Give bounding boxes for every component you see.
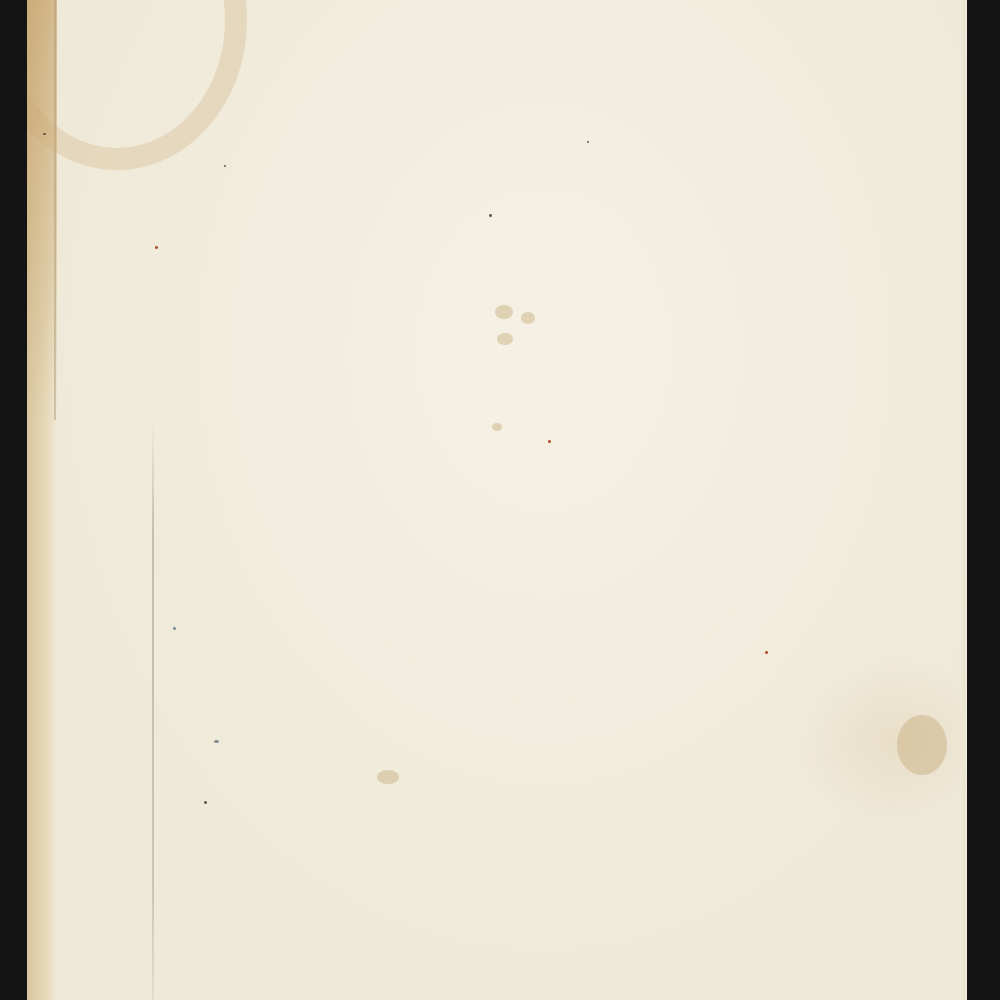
stain-spot [497,333,513,345]
foxing-spot [548,440,551,443]
speck [173,627,176,630]
paper-page [27,0,967,1000]
speck [204,801,207,804]
speck [587,141,589,143]
ring-stain [27,0,247,170]
speck [214,740,219,743]
stain-spot [897,715,947,775]
speck [224,165,226,167]
stain-spot [495,305,513,319]
stain-spot [377,770,399,784]
foxing-spot [765,651,768,654]
fold-crease [152,420,154,1000]
foxing-spot [155,246,158,249]
speck [43,133,46,135]
stain-spot [521,312,535,324]
stain-spot [492,423,502,431]
speck [489,214,492,217]
page-edge [963,0,967,1000]
